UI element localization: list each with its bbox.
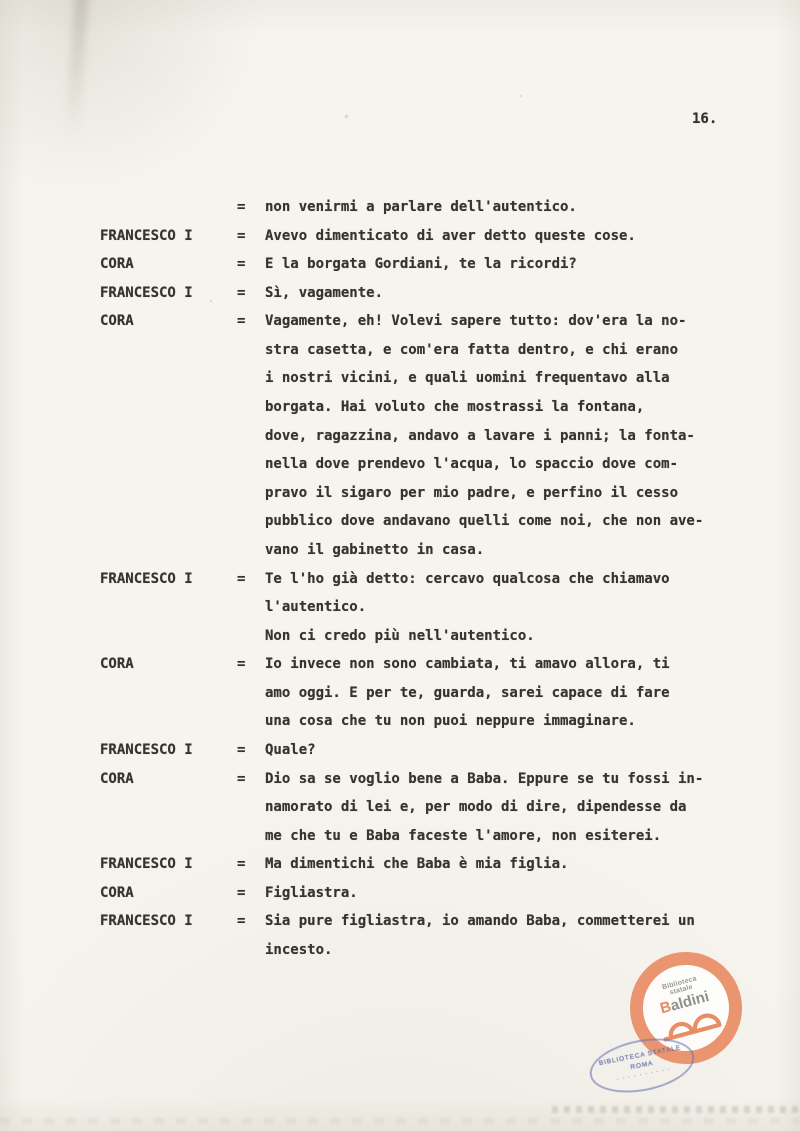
dialogue-text: E la borgata Gordiani, te la ricordi? — [265, 256, 577, 272]
speaker-name: CORA — [100, 885, 237, 901]
dialogue-separator: = — [237, 885, 265, 901]
script-line: nella dove prendevo l'acqua, lo spaccio … — [100, 456, 740, 485]
dialogue-text: borgata. Hai voluto che mostrassi la fon… — [265, 399, 644, 415]
script-line: l'autentico. — [100, 599, 740, 628]
dialogue-separator: = — [237, 656, 265, 672]
script-line: CORA = Figliastra. — [100, 885, 740, 914]
dialogue-separator: = — [237, 571, 265, 587]
dialogue-text: Sì, vagamente. — [265, 285, 383, 301]
dialogue-text: una cosa che tu non puoi neppure immagin… — [265, 713, 636, 729]
screenplay-text: = non venirmi a parlare dell'autentico. … — [100, 199, 740, 971]
script-line: CORA = Io invece non sono cambiata, ti a… — [100, 656, 740, 685]
script-line: i nostri vicini, e quali uomini frequent… — [100, 370, 740, 399]
dialogue-separator: = — [237, 228, 265, 244]
dialogue-text: Sia pure figliastra, io amando Baba, com… — [265, 913, 695, 929]
script-line: FRANCESCO I = Ma dimentichi che Baba è m… — [100, 856, 740, 885]
script-line: borgata. Hai voluto che mostrassi la fon… — [100, 399, 740, 428]
dialogue-text: me che tu e Baba faceste l'amore, non es… — [265, 828, 661, 844]
script-line: CORA = Dio sa se voglio bene a Baba. Epp… — [100, 771, 740, 800]
dialogue-text: i nostri vicini, e quali uomini frequent… — [265, 370, 670, 386]
script-line: FRANCESCO I = Te l'ho già detto: cercavo… — [100, 571, 740, 600]
speaker-name: CORA — [100, 313, 237, 329]
script-line: stra casetta, e com'era fatta dentro, e … — [100, 342, 740, 371]
script-line: vano il gabinetto in casa. — [100, 542, 740, 571]
dialogue-separator: = — [237, 199, 265, 215]
dialogue-text: non venirmi a parlare dell'autentico. — [265, 199, 577, 215]
dialogue-separator: = — [237, 742, 265, 758]
dialogue-text: Avevo dimenticato di aver detto queste c… — [265, 228, 636, 244]
dialogue-text: Ma dimentichi che Baba è mia figlia. — [265, 856, 568, 872]
script-line: una cosa che tu non puoi neppure immagin… — [100, 713, 740, 742]
speaker-name: FRANCESCO I — [100, 571, 237, 587]
speaker-name: CORA — [100, 256, 237, 272]
page-number: 16. — [692, 111, 717, 127]
dialogue-text: Dio sa se voglio bene a Baba. Eppure se … — [265, 771, 703, 787]
dialogue-separator: = — [237, 771, 265, 787]
script-line: amo oggi. E per te, guarda, sarei capace… — [100, 685, 740, 714]
dialogue-separator: = — [237, 913, 265, 929]
speaker-name: CORA — [100, 656, 237, 672]
dialogue-text: Figliastra. — [265, 885, 358, 901]
script-line: FRANCESCO I = Quale? — [100, 742, 740, 771]
scanned-document-page: { "sheet": { "page_number": "16.", "line… — [0, 0, 800, 1131]
dialogue-text: dove, ragazzina, andavo a lavare i panni… — [265, 428, 695, 444]
dialogue-text: Vagamente, eh! Volevi sapere tutto: dov'… — [265, 313, 686, 329]
speaker-name: FRANCESCO I — [100, 742, 237, 758]
paper-crease — [65, 0, 89, 138]
dialogue-text: nella dove prendevo l'acqua, lo spaccio … — [265, 456, 678, 472]
speaker-name: FRANCESCO I — [100, 913, 237, 929]
dialogue-text: Io invece non sono cambiata, ti amavo al… — [265, 656, 670, 672]
dialogue-text: namorato di lei e, per modo di dire, dip… — [265, 799, 686, 815]
paper-speck — [520, 95, 522, 97]
dialogue-text: Non ci credo più nell'autentico. — [265, 628, 535, 644]
dialogue-text: l'autentico. — [265, 599, 366, 615]
scan-edge-smear — [0, 1118, 800, 1124]
dialogue-separator: = — [237, 285, 265, 301]
script-line: FRANCESCO I = Avevo dimenticato di aver … — [100, 228, 740, 257]
dialogue-separator: = — [237, 313, 265, 329]
dialogue-text: vano il gabinetto in casa. — [265, 542, 484, 558]
dialogue-text: pravo il sigaro per mio padre, e perfino… — [265, 485, 678, 501]
dialogue-separator: = — [237, 856, 265, 872]
speaker-name: FRANCESCO I — [100, 856, 237, 872]
speaker-name: CORA — [100, 771, 237, 787]
script-line: pubblico dove andavano quelli come noi, … — [100, 513, 740, 542]
speaker-name: FRANCESCO I — [100, 228, 237, 244]
script-line: FRANCESCO I = Sì, vagamente. — [100, 285, 740, 314]
script-line: FRANCESCO I = Sia pure figliastra, io am… — [100, 913, 740, 942]
dialogue-text: Quale? — [265, 742, 316, 758]
dialogue-text: stra casetta, e com'era fatta dentro, e … — [265, 342, 678, 358]
scan-smear — [552, 1106, 800, 1113]
speaker-name: FRANCESCO I — [100, 285, 237, 301]
dialogue-text: Te l'ho già detto: cercavo qualcosa che … — [265, 571, 670, 587]
dialogue-separator: = — [237, 256, 265, 272]
script-line: pravo il sigaro per mio padre, e perfino… — [100, 485, 740, 514]
paper-speck — [345, 115, 348, 118]
dialogue-text: incesto. — [265, 942, 332, 958]
script-line: incesto. — [100, 942, 740, 971]
dialogue-text: pubblico dove andavano quelli come noi, … — [265, 513, 703, 529]
script-line: CORA = Vagamente, eh! Volevi sapere tutt… — [100, 313, 740, 342]
script-line: dove, ragazzina, andavo a lavare i panni… — [100, 428, 740, 457]
script-line: CORA = E la borgata Gordiani, te la rico… — [100, 256, 740, 285]
script-line: namorato di lei e, per modo di dire, dip… — [100, 799, 740, 828]
dialogue-text: amo oggi. E per te, guarda, sarei capace… — [265, 685, 670, 701]
library-logo-content: Biblioteca statale Baldini — [650, 972, 723, 1043]
script-line: me che tu e Baba faceste l'amore, non es… — [100, 828, 740, 857]
script-line: = non venirmi a parlare dell'autentico. — [100, 199, 740, 228]
script-line: Non ci credo più nell'autentico. — [100, 628, 740, 657]
